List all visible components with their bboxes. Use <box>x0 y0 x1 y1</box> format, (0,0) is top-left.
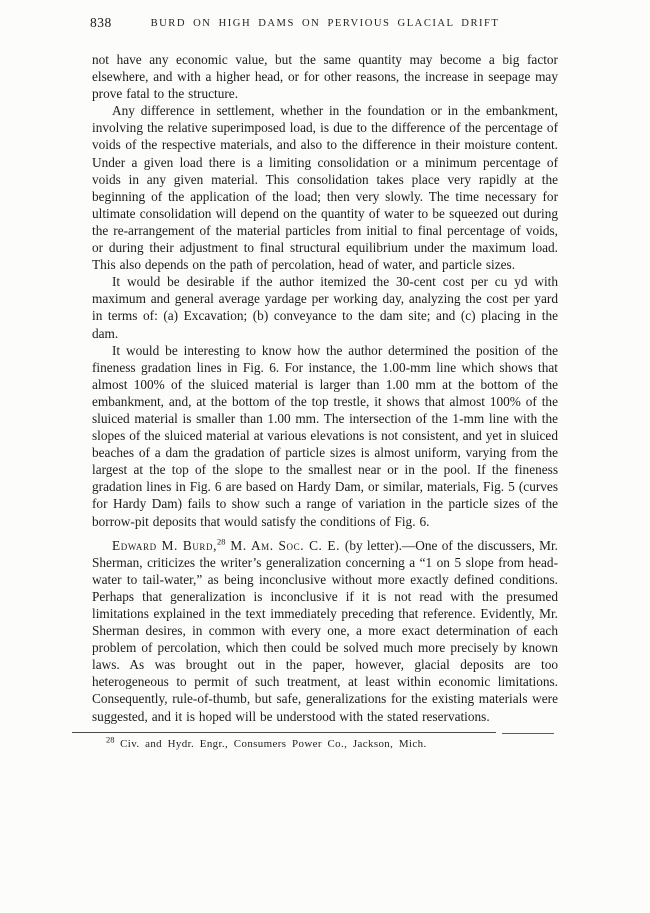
footnote-number: 28 <box>106 734 115 744</box>
footnote-text: Civ. and Hydr. Engr., Consumers Power Co… <box>115 738 427 750</box>
page-header: 838 BURD ON HIGH DAMS ON PERVIOUS GLACIA… <box>92 14 558 36</box>
page-content: 838 BURD ON HIGH DAMS ON PERVIOUS GLACIA… <box>92 14 558 751</box>
scanned-page: 838 BURD ON HIGH DAMS ON PERVIOUS GLACIA… <box>0 0 650 913</box>
footnote: 28 Civ. and Hydr. Engr., Consumers Power… <box>92 737 558 751</box>
paragraph-continuation: not have any economic value, but the sam… <box>92 51 558 102</box>
paragraph-cost: It would be desirable if the author item… <box>92 273 558 341</box>
page-number: 838 <box>90 15 112 31</box>
discusser-name: Edward M. Burd, <box>112 538 217 553</box>
discussion-text: (by letter).—One of the discussers, Mr. … <box>92 538 558 724</box>
footnote-reference-mark: 28 <box>217 536 226 546</box>
running-title: BURD ON HIGH DAMS ON PERVIOUS GLACIAL DR… <box>92 14 558 29</box>
footnote-rule <box>72 732 554 734</box>
society-membership: M. Am. Soc. C. E. <box>226 538 345 553</box>
footnote-rule-long-segment <box>72 732 496 733</box>
footnote-rule-short-segment <box>502 733 554 734</box>
discussion-paragraph: Edward M. Burd,28 M. Am. Soc. C. E. (by … <box>92 537 558 725</box>
paragraph-gradation: It would be interesting to know how the … <box>92 342 558 530</box>
paragraph-settlement: Any difference in settlement, whether in… <box>92 102 558 273</box>
